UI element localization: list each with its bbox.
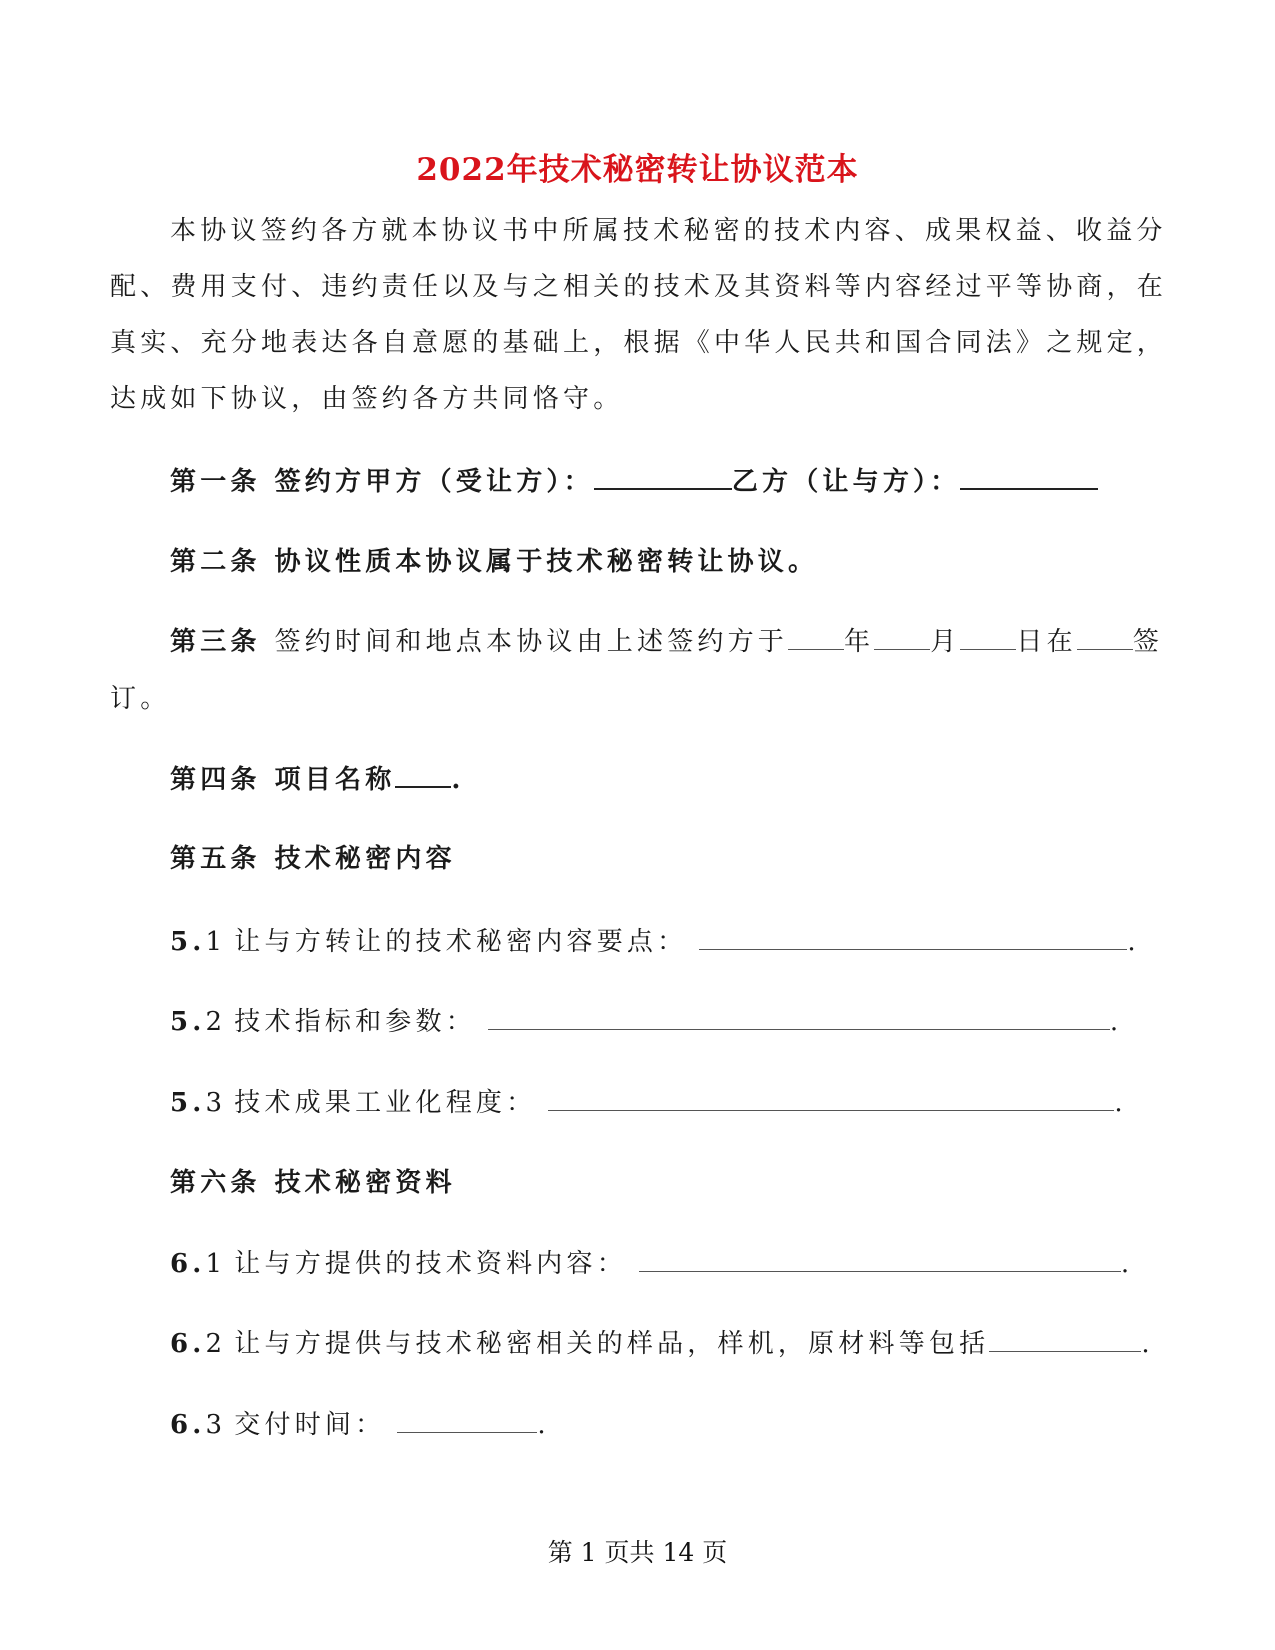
tech-points-blank[interactable] bbox=[699, 927, 1127, 950]
tech-materials-blank[interactable] bbox=[639, 1249, 1121, 1272]
section-number: 5. bbox=[170, 1088, 206, 1118]
party-a-blank[interactable] bbox=[594, 466, 732, 490]
section-subnumber: 2 bbox=[206, 1329, 227, 1359]
article-4: 第四条项目名称. bbox=[170, 764, 465, 795]
article-2-heading: 第二条 bbox=[170, 547, 261, 577]
party-b-blank[interactable] bbox=[960, 466, 1098, 490]
section-6-2: 6.2让与方提供与技术秘密相关的样品，样机，原材料等包括. bbox=[170, 1329, 1154, 1359]
place-blank[interactable] bbox=[1077, 627, 1133, 650]
period: . bbox=[451, 765, 464, 795]
section-5-1: 5.1让与方转让的技术秘密内容要点：. bbox=[170, 927, 1140, 957]
document-title: 2022年技术秘密转让协议范本 bbox=[0, 152, 1275, 188]
project-name-blank[interactable] bbox=[395, 764, 451, 788]
section-subnumber: 3 bbox=[206, 1410, 227, 1440]
period: . bbox=[1110, 1007, 1122, 1037]
samples-blank[interactable] bbox=[989, 1329, 1141, 1352]
article-1-party-b-label: 乙方（让与方）： bbox=[732, 467, 961, 497]
industrialization-blank[interactable] bbox=[548, 1088, 1114, 1111]
section-number: 6. bbox=[170, 1410, 206, 1440]
article-1: 第一条签约方甲方（受让方）：乙方（让与方）： bbox=[170, 466, 1098, 497]
section-5-1-text: 让与方转让的技术秘密内容要点： bbox=[234, 927, 687, 957]
article-3-text: 签约时间和地点本协议由上述签约方于 bbox=[275, 627, 788, 657]
section-number: 6. bbox=[170, 1249, 206, 1279]
month-label: 月 bbox=[930, 627, 960, 657]
period: . bbox=[1141, 1329, 1153, 1359]
section-number: 5. bbox=[170, 927, 206, 957]
article-2-text: 协议性质本协议属于技术秘密转让协议。 bbox=[275, 547, 819, 577]
delivery-time-blank[interactable] bbox=[397, 1410, 537, 1433]
article-6-text: 技术秘密资料 bbox=[275, 1168, 456, 1198]
day-at-label: 日在 bbox=[1016, 627, 1076, 657]
section-6-1-text: 让与方提供的技术资料内容： bbox=[234, 1249, 627, 1279]
section-6-1: 6.1让与方提供的技术资料内容：. bbox=[170, 1249, 1133, 1279]
section-subnumber: 1 bbox=[206, 1249, 227, 1279]
section-6-3-text: 交付时间： bbox=[234, 1410, 385, 1440]
article-4-text: 项目名称 bbox=[275, 765, 396, 795]
year-blank[interactable] bbox=[788, 627, 844, 650]
period: . bbox=[1114, 1088, 1126, 1118]
article-4-heading: 第四条 bbox=[170, 765, 261, 795]
section-number: 5. bbox=[170, 1007, 206, 1037]
section-subnumber: 1 bbox=[206, 927, 227, 957]
section-5-3: 5.3技术成果工业化程度：. bbox=[170, 1088, 1127, 1118]
article-6-heading: 第六条 bbox=[170, 1168, 261, 1198]
section-5-2-text: 技术指标和参数： bbox=[234, 1007, 476, 1037]
article-3-heading: 第三条 bbox=[170, 627, 261, 657]
intro-line-4: 达成如下协议，由签约各方共同恪守。 bbox=[110, 384, 623, 414]
page-footer: 第 1 页共 14 页 bbox=[0, 1538, 1275, 1568]
intro-line-2: 配、费用支付、违约责任以及与之相关的技术及其资料等内容经过平等协商，在 bbox=[110, 272, 1167, 302]
sign-label: 签 bbox=[1133, 627, 1163, 657]
section-6-2-text: 让与方提供与技术秘密相关的样品，样机，原材料等包括 bbox=[234, 1329, 989, 1359]
period: . bbox=[1121, 1249, 1133, 1279]
period: . bbox=[537, 1410, 549, 1440]
article-1-party-a-label: 签约方甲方（受让方）： bbox=[275, 467, 594, 497]
article-3: 第三条签约时间和地点本协议由上述签约方于年月日在签 bbox=[170, 627, 1163, 657]
tech-params-blank[interactable] bbox=[488, 1007, 1110, 1030]
year-label: 年 bbox=[844, 627, 874, 657]
article-5-text: 技术秘密内容 bbox=[275, 844, 456, 874]
section-subnumber: 2 bbox=[206, 1007, 227, 1037]
intro-line-1: 本协议签约各方就本协议书中所属技术秘密的技术内容、成果权益、收益分 bbox=[170, 216, 1167, 246]
section-subnumber: 3 bbox=[206, 1088, 227, 1118]
day-blank[interactable] bbox=[960, 627, 1016, 650]
intro-line-3: 真实、充分地表达各自意愿的基础上，根据《中华人民共和国合同法》之规定， bbox=[110, 328, 1167, 358]
section-5-3-text: 技术成果工业化程度： bbox=[234, 1088, 536, 1118]
article-2: 第二条协议性质本协议属于技术秘密转让协议。 bbox=[170, 547, 818, 577]
section-6-3: 6.3交付时间：. bbox=[170, 1410, 550, 1440]
article-6: 第六条技术秘密资料 bbox=[170, 1168, 456, 1198]
article-1-heading: 第一条 bbox=[170, 467, 261, 497]
period: . bbox=[1127, 927, 1139, 957]
article-5: 第五条技术秘密内容 bbox=[170, 844, 456, 874]
section-number: 6. bbox=[170, 1329, 206, 1359]
section-5-2: 5.2技术指标和参数：. bbox=[170, 1007, 1122, 1037]
article-5-heading: 第五条 bbox=[170, 844, 261, 874]
article-3-wrap: 订。 bbox=[110, 684, 170, 714]
month-blank[interactable] bbox=[874, 627, 930, 650]
